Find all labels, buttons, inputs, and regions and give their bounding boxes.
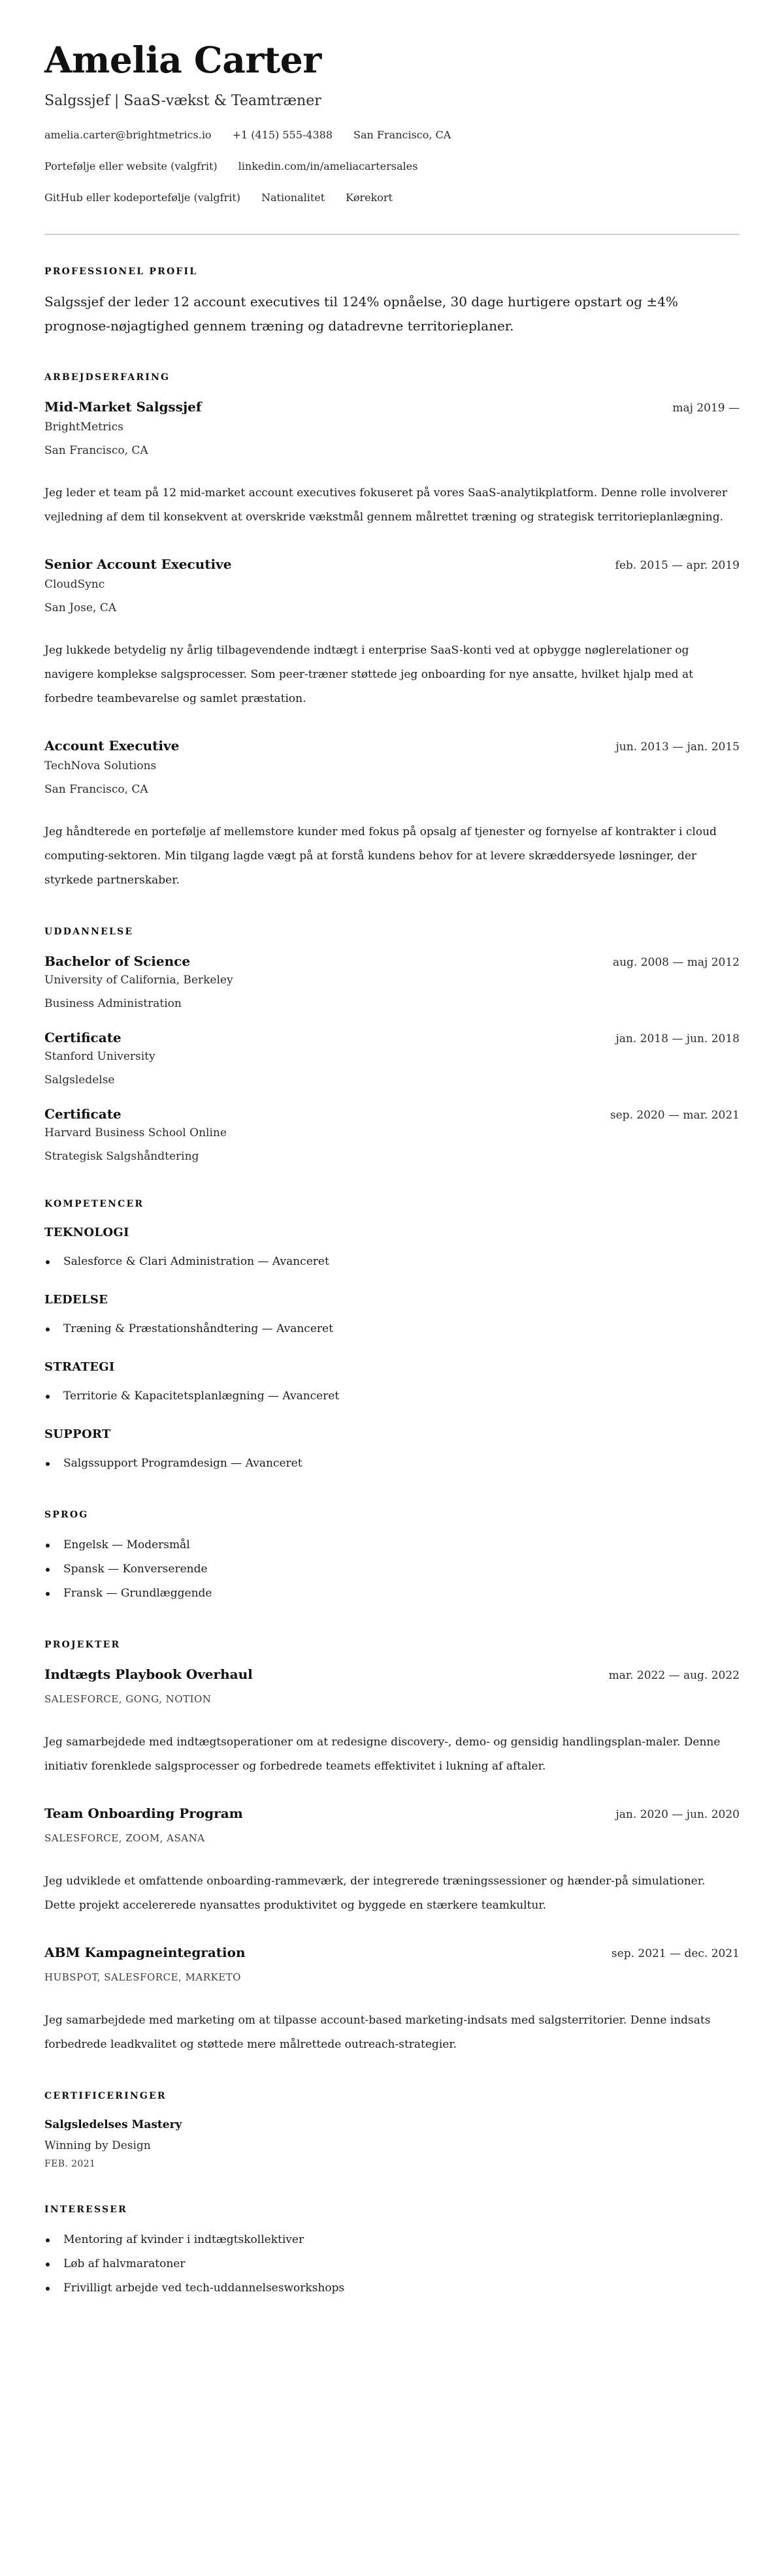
- contact-nationality: Nationalitet: [261, 191, 325, 205]
- job-title: Mid-Market Salgssjef: [44, 398, 202, 415]
- interest-item: Løb af halvmaratoner: [44, 2252, 740, 2276]
- field-of-study: Strategisk Salgshåndtering: [44, 1148, 740, 1165]
- certification-name: Salgsledelses Mastery: [44, 2117, 740, 2133]
- profile-summary: Salgssjef der leder 12 account executive…: [44, 290, 740, 338]
- project-tech: SALESFORCE, GONG, NOTION: [44, 1693, 740, 1706]
- education-entry: Certificate jan. 2018 — jun. 2018 Stanfo…: [44, 1029, 740, 1089]
- contact-drivers-license: Kørekort: [346, 191, 393, 205]
- profile-section: PROFESSIONEL PROFIL Salgssjef der leder …: [44, 265, 740, 338]
- language-item: Engelsk — Modersmål: [44, 1533, 740, 1557]
- project-description: Jeg samarbejdede med marketing om at til…: [44, 2009, 740, 2057]
- field-of-study: Salgsledelse: [44, 1072, 740, 1089]
- skill-list: Salgssupport Programdesign — Avanceret: [44, 1452, 740, 1476]
- certification-issuer: Winning by Design: [44, 2138, 740, 2154]
- job-company: TechNova Solutions: [44, 757, 740, 774]
- certifications-section: CERTIFICERINGER Salgsledelses Mastery Wi…: [44, 2090, 740, 2171]
- experience-entry: Account Executive jun. 2013 — jan. 2015 …: [44, 737, 740, 893]
- experience-section: ARBEJDSERFARING Mid-Market Salgssjef maj…: [44, 371, 740, 893]
- interest-list: Mentoring af kvinder i indtægtskollektiv…: [44, 2228, 740, 2300]
- degree-title: Certificate: [44, 1105, 122, 1122]
- school-name: University of California, Berkeley: [44, 972, 740, 989]
- skill-group-title: TEKNOLOGI: [44, 1225, 740, 1241]
- section-title: SPROG: [44, 1508, 740, 1521]
- school-name: Stanford University: [44, 1048, 740, 1065]
- job-location: San Francisco, CA: [44, 442, 740, 459]
- education-entry: Certificate sep. 2020 — mar. 2021 Harvar…: [44, 1105, 740, 1165]
- job-dates: maj 2019 —: [672, 400, 740, 416]
- certification-date: FEB. 2021: [44, 2157, 740, 2171]
- project-entry: Team Onboarding Program jan. 2020 — jun.…: [44, 1805, 740, 1918]
- language-item: Fransk — Grundlæggende: [44, 1582, 740, 1606]
- section-title: ARBEJDSERFARING: [44, 371, 740, 384]
- education-section: UDDANNELSE Bachelor of Science aug. 2008…: [44, 925, 740, 1165]
- contact-row: GitHub eller kodeportefølje (valgfrit) N…: [44, 191, 740, 205]
- job-dates: jun. 2013 — jan. 2015: [616, 739, 740, 755]
- language-list: Engelsk — Modersmål Spansk — Konverseren…: [44, 1533, 740, 1606]
- skill-group-title: SUPPORT: [44, 1427, 740, 1442]
- projects-section: PROJEKTER Indtægts Playbook Overhaul mar…: [44, 1638, 740, 2057]
- school-name: Harvard Business School Online: [44, 1124, 740, 1141]
- contact-github[interactable]: GitHub eller kodeportefølje (valgfrit): [44, 191, 240, 205]
- resume-page: Amelia Carter Salgssjef | SaaS-vækst & T…: [0, 0, 784, 2340]
- skill-group-title: LEDELSE: [44, 1292, 740, 1308]
- education-entry: Bachelor of Science aug. 2008 — maj 2012…: [44, 953, 740, 1012]
- contact-linkedin[interactable]: linkedin.com/in/ameliacartersales: [238, 159, 418, 174]
- contact-email[interactable]: amelia.carter@brightmetrics.io: [44, 128, 212, 142]
- interest-item: Mentoring af kvinder i indtægtskollektiv…: [44, 2228, 740, 2252]
- interest-item: Frivilligt arbejde ved tech-uddannelsesw…: [44, 2276, 740, 2300]
- header-divider: [44, 234, 740, 235]
- experience-entry: Senior Account Executive feb. 2015 — apr…: [44, 556, 740, 711]
- education-dates: sep. 2020 — mar. 2021: [610, 1107, 740, 1123]
- job-title: Senior Account Executive: [44, 556, 231, 573]
- candidate-headline: Salgssjef | SaaS-vækst & Teamtræner: [44, 91, 740, 111]
- skill-group-title: STRATEGI: [44, 1360, 740, 1375]
- section-title: INTERESSER: [44, 2203, 740, 2216]
- experience-entry: Mid-Market Salgssjef maj 2019 — BrightMe…: [44, 398, 740, 530]
- job-company: BrightMetrics: [44, 419, 740, 436]
- project-tech: SALESFORCE, ZOOM, ASANA: [44, 1832, 740, 1845]
- section-title: UDDANNELSE: [44, 925, 740, 938]
- languages-section: SPROG Engelsk — Modersmål Spansk — Konve…: [44, 1508, 740, 1606]
- job-description: Jeg lukkede betydelig ny årlig tilbageve…: [44, 639, 740, 711]
- skill-list: Territorie & Kapacitetsplanlægning — Ava…: [44, 1384, 740, 1408]
- job-description: Jeg leder et team på 12 mid-market accou…: [44, 481, 740, 530]
- project-dates: jan. 2020 — jun. 2020: [616, 1807, 740, 1822]
- skill-list: Salesforce & Clari Administration — Avan…: [44, 1250, 740, 1274]
- certification-entry: Salgsledelses Mastery Winning by Design …: [44, 2117, 740, 2171]
- section-title: PROJEKTER: [44, 1638, 740, 1651]
- contact-location: San Francisco, CA: [353, 128, 451, 142]
- project-name: Team Onboarding Program: [44, 1805, 243, 1822]
- job-location: San Francisco, CA: [44, 781, 740, 798]
- project-tech: HUBSPOT, SALESFORCE, MARKETO: [44, 1971, 740, 1984]
- section-title: KOMPETENCER: [44, 1198, 740, 1211]
- skill-item: Territorie & Kapacitetsplanlægning — Ava…: [44, 1384, 740, 1408]
- project-description: Jeg samarbejdede med indtægtsoperationer…: [44, 1730, 740, 1779]
- degree-title: Bachelor of Science: [44, 953, 190, 970]
- job-title: Account Executive: [44, 737, 179, 754]
- skill-list: Træning & Præstationshåndtering — Avance…: [44, 1317, 740, 1341]
- section-title: PROFESSIONEL PROFIL: [44, 265, 740, 278]
- language-item: Spansk — Konverserende: [44, 1557, 740, 1582]
- education-dates: jan. 2018 — jun. 2018: [616, 1031, 740, 1047]
- degree-title: Certificate: [44, 1029, 122, 1046]
- project-dates: sep. 2021 — dec. 2021: [612, 1946, 740, 1962]
- resume-header: Amelia Carter Salgssjef | SaaS-vækst & T…: [44, 38, 740, 205]
- project-entry: ABM Kampagneintegration sep. 2021 — dec.…: [44, 1944, 740, 2057]
- interests-section: INTERESSER Mentoring af kvinder i indtæg…: [44, 2203, 740, 2300]
- job-description: Jeg håndterede en portefølje af mellemst…: [44, 820, 740, 893]
- contact-phone[interactable]: +1 (415) 555-4388: [233, 128, 333, 142]
- job-dates: feb. 2015 — apr. 2019: [615, 558, 740, 573]
- education-dates: aug. 2008 — maj 2012: [613, 955, 740, 970]
- contact-row: Portefølje eller website (valgfrit) link…: [44, 159, 740, 174]
- skill-item: Salgssupport Programdesign — Avanceret: [44, 1452, 740, 1476]
- field-of-study: Business Administration: [44, 995, 740, 1012]
- contact-portfolio[interactable]: Portefølje eller website (valgfrit): [44, 159, 218, 174]
- skills-section: KOMPETENCER TEKNOLOGI Salesforce & Clari…: [44, 1198, 740, 1476]
- project-name: ABM Kampagneintegration: [44, 1944, 246, 1961]
- skill-item: Træning & Præstationshåndtering — Avance…: [44, 1317, 740, 1341]
- project-description: Jeg udviklede et omfattende onboarding-r…: [44, 1869, 740, 1918]
- project-name: Indtægts Playbook Overhaul: [44, 1666, 253, 1683]
- candidate-name: Amelia Carter: [44, 38, 740, 82]
- project-dates: mar. 2022 — aug. 2022: [609, 1668, 740, 1683]
- skill-item: Salesforce & Clari Administration — Avan…: [44, 1250, 740, 1274]
- section-title: CERTIFICERINGER: [44, 2090, 740, 2103]
- job-location: San Jose, CA: [44, 599, 740, 616]
- project-entry: Indtægts Playbook Overhaul mar. 2022 — a…: [44, 1666, 740, 1779]
- contact-row: amelia.carter@brightmetrics.io +1 (415) …: [44, 128, 740, 142]
- job-company: CloudSync: [44, 576, 740, 593]
